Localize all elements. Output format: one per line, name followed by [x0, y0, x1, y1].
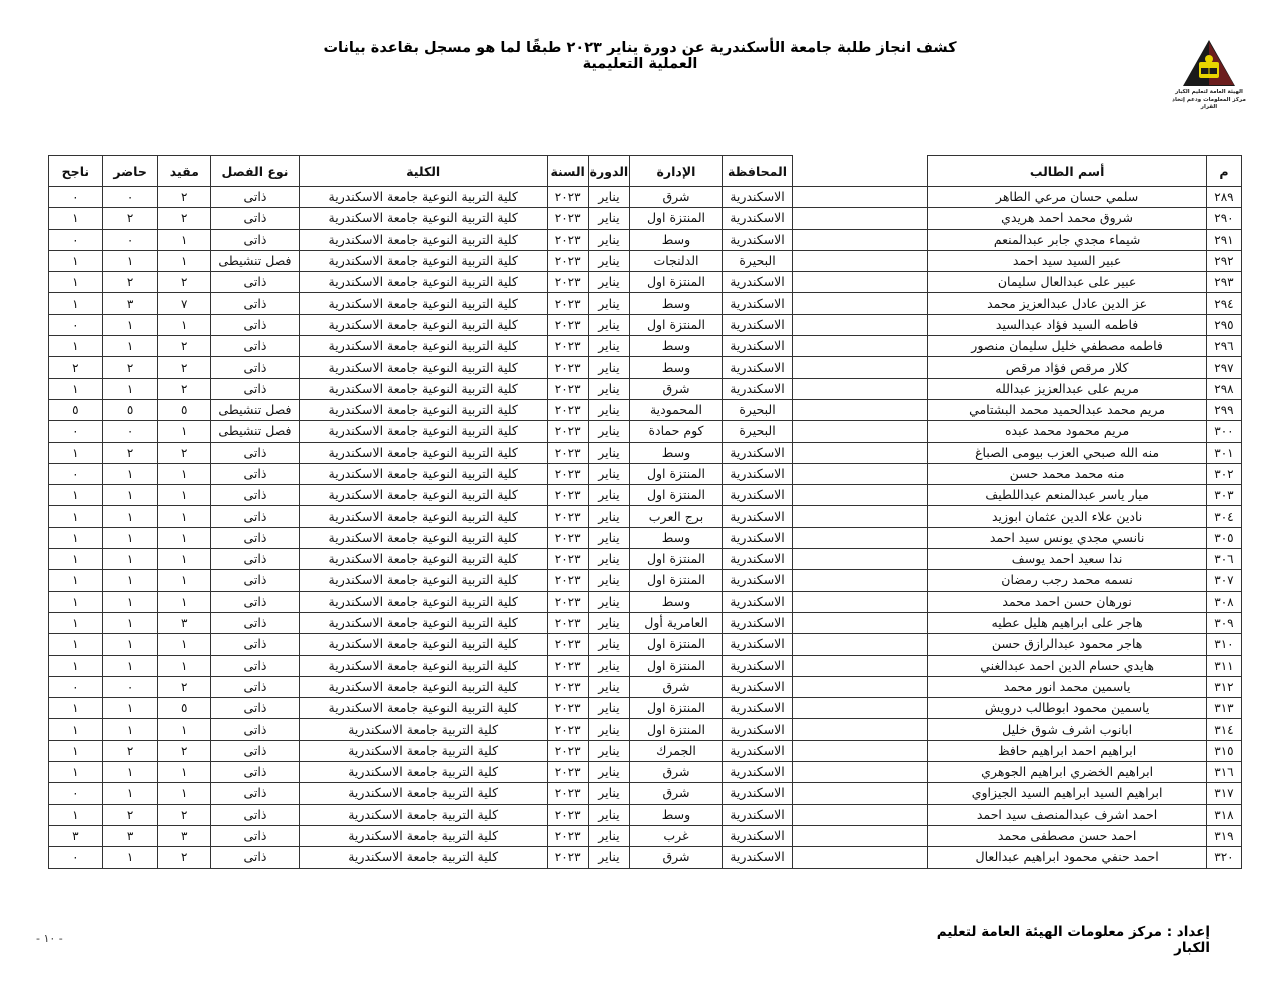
table-body: ٢٨٩سلمي حسان مرعي الطاهرالاسكندريةشرقينا… [49, 187, 1242, 869]
cell-blank-gap [793, 549, 928, 570]
cell-year: ٢٠٢٣ [547, 421, 588, 442]
cell-registered: ٢ [158, 676, 211, 697]
cell-student-name: عبير السيد سيد احمد [928, 250, 1207, 271]
cell-registered: ٢ [158, 378, 211, 399]
header-blank-gap [793, 156, 928, 187]
cell-registered: ١ [158, 250, 211, 271]
cell-blank-gap [793, 698, 928, 719]
cell-year: ٢٠٢٣ [547, 463, 588, 484]
cell-administration: المنتزة اول [630, 208, 723, 229]
cell-present: ٢ [102, 357, 158, 378]
cell-governorate: الاسكندرية [722, 612, 792, 633]
cell-year: ٢٠٢٣ [547, 549, 588, 570]
cell-class-type: ذاتى [211, 336, 300, 357]
cell-present: ٠ [102, 229, 158, 250]
cell-registered: ١ [158, 719, 211, 740]
cell-serial: ٢٩٦ [1206, 336, 1241, 357]
cell-administration: المنتزة اول [630, 719, 723, 740]
cell-registered: ٢ [158, 208, 211, 229]
cell-registered: ١ [158, 570, 211, 591]
cell-governorate: الاسكندرية [722, 293, 792, 314]
cell-college: كلية التربية النوعية جامعة الاسكندرية [299, 698, 547, 719]
cell-present: ١ [102, 549, 158, 570]
cell-session: يناير [588, 208, 629, 229]
cell-class-type: ذاتى [211, 229, 300, 250]
table-row: ٢٩٢عبير السيد سيد احمدالبحيرةالدلنجاتينا… [49, 250, 1242, 271]
cell-blank-gap [793, 463, 928, 484]
header-session: الدورة [588, 156, 629, 187]
cell-present: ٢ [102, 272, 158, 293]
cell-governorate: الاسكندرية [722, 740, 792, 761]
table-row: ٣٢٠احمد حنفي محمود ابراهيم عبدالعالالاسك… [49, 847, 1242, 868]
cell-session: يناير [588, 421, 629, 442]
cell-student-name: نورهان حسن احمد محمد [928, 591, 1207, 612]
cell-class-type: ذاتى [211, 804, 300, 825]
cell-passed: ١ [49, 208, 103, 229]
cell-college: كلية التربية النوعية جامعة الاسكندرية [299, 208, 547, 229]
cell-college: كلية التربية النوعية جامعة الاسكندرية [299, 399, 547, 420]
cell-student-name: شروق محمد احمد هريدي [928, 208, 1207, 229]
cell-registered: ٢ [158, 442, 211, 463]
header-serial: م [1206, 156, 1241, 187]
cell-present: ٢ [102, 740, 158, 761]
cell-year: ٢٠٢٣ [547, 698, 588, 719]
cell-class-type: ذاتى [211, 442, 300, 463]
cell-year: ٢٠٢٣ [547, 634, 588, 655]
cell-year: ٢٠٢٣ [547, 357, 588, 378]
cell-registered: ٣ [158, 825, 211, 846]
cell-class-type: ذاتى [211, 698, 300, 719]
cell-present: ١ [102, 655, 158, 676]
cell-passed: ١ [49, 250, 103, 271]
cell-blank-gap [793, 527, 928, 548]
cell-student-name: نانسي مجدي يونس سيد احمد [928, 527, 1207, 548]
table-header-row: م أسم الطالب المحافظة الإدارة الدورة الس… [49, 156, 1242, 187]
cell-session: يناير [588, 357, 629, 378]
cell-college: كلية التربية النوعية جامعة الاسكندرية [299, 634, 547, 655]
cell-registered: ١ [158, 421, 211, 442]
cell-governorate: الاسكندرية [722, 336, 792, 357]
cell-year: ٢٠٢٣ [547, 655, 588, 676]
cell-college: كلية التربية جامعة الاسكندرية [299, 847, 547, 868]
cell-passed: ١ [49, 740, 103, 761]
cell-registered: ١ [158, 549, 211, 570]
cell-present: ١ [102, 336, 158, 357]
cell-governorate: الاسكندرية [722, 208, 792, 229]
cell-year: ٢٠٢٣ [547, 485, 588, 506]
cell-serial: ٣٠٩ [1206, 612, 1241, 633]
cell-class-type: ذاتى [211, 719, 300, 740]
cell-session: يناير [588, 463, 629, 484]
cell-present: ١ [102, 634, 158, 655]
table-row: ٣٠٢منه محمد محمد حسنالاسكندريةالمنتزة او… [49, 463, 1242, 484]
document-title: كشف انجاز طلبة جامعة الأسكندرية عن دورة … [320, 40, 960, 72]
cell-administration: كوم حمادة [630, 421, 723, 442]
cell-year: ٢٠٢٣ [547, 208, 588, 229]
cell-present: ١ [102, 591, 158, 612]
table-row: ٢٩١شيماء مجدي جابر عبدالمنعمالاسكندريةوس… [49, 229, 1242, 250]
cell-blank-gap [793, 250, 928, 271]
cell-session: يناير [588, 825, 629, 846]
cell-registered: ١ [158, 485, 211, 506]
cell-passed: ٣ [49, 825, 103, 846]
cell-class-type: ذاتى [211, 740, 300, 761]
cell-college: كلية التربية النوعية جامعة الاسكندرية [299, 549, 547, 570]
cell-passed: ١ [49, 634, 103, 655]
cell-year: ٢٠٢٣ [547, 612, 588, 633]
cell-blank-gap [793, 336, 928, 357]
cell-session: يناير [588, 314, 629, 335]
cell-administration: المنتزة اول [630, 570, 723, 591]
cell-registered: ٧ [158, 293, 211, 314]
logo-caption-line2: مركز المعلومات ودعم إتخاذ القرار [1166, 97, 1252, 111]
cell-student-name: ندا سعيد احمد يوسف [928, 549, 1207, 570]
cell-present: ٠ [102, 187, 158, 208]
cell-present: ٢ [102, 804, 158, 825]
cell-blank-gap [793, 570, 928, 591]
cell-registered: ٢ [158, 336, 211, 357]
table-row: ٣١٧ابراهيم السيد ابراهيم السيد الجيزاويا… [49, 783, 1242, 804]
cell-session: يناير [588, 698, 629, 719]
cell-governorate: الاسكندرية [722, 314, 792, 335]
cell-administration: المنتزة اول [630, 634, 723, 655]
cell-serial: ٢٩٢ [1206, 250, 1241, 271]
cell-year: ٢٠٢٣ [547, 847, 588, 868]
cell-governorate: الاسكندرية [722, 357, 792, 378]
cell-registered: ٢ [158, 740, 211, 761]
table-row: ٣٠٤نادين علاء الدين عثمان ابوزيدالاسكندر… [49, 506, 1242, 527]
cell-registered: ١ [158, 229, 211, 250]
cell-class-type: ذاتى [211, 187, 300, 208]
cell-session: يناير [588, 549, 629, 570]
cell-class-type: ذاتى [211, 676, 300, 697]
cell-serial: ٢٨٩ [1206, 187, 1241, 208]
cell-serial: ٢٩٨ [1206, 378, 1241, 399]
table-row: ٣١٥ابراهيم احمد ابراهيم حافظالاسكندريةال… [49, 740, 1242, 761]
cell-serial: ٣٠٨ [1206, 591, 1241, 612]
cell-student-name: هايدي حسام الدين احمد عبدالغني [928, 655, 1207, 676]
cell-serial: ٣١٧ [1206, 783, 1241, 804]
cell-college: كلية التربية جامعة الاسكندرية [299, 740, 547, 761]
cell-student-name: عبير على عبدالعال سليمان [928, 272, 1207, 293]
cell-year: ٢٠٢٣ [547, 591, 588, 612]
cell-college: كلية التربية النوعية جامعة الاسكندرية [299, 272, 547, 293]
cell-administration: المنتزة اول [630, 655, 723, 676]
cell-administration: المحمودية [630, 399, 723, 420]
cell-administration: شرق [630, 378, 723, 399]
cell-session: يناير [588, 591, 629, 612]
cell-passed: ٢ [49, 357, 103, 378]
cell-college: كلية التربية النوعية جامعة الاسكندرية [299, 250, 547, 271]
cell-administration: وسط [630, 357, 723, 378]
table-row: ٢٩٩مريم محمد عبدالحميد محمد البشتاميالبح… [49, 399, 1242, 420]
cell-registered: ١ [158, 591, 211, 612]
cell-year: ٢٠٢٣ [547, 442, 588, 463]
cell-passed: ٠ [49, 421, 103, 442]
organization-logo: الهيئة العامة لتعليم الكبار مركز المعلوم… [1166, 38, 1252, 110]
cell-passed: ١ [49, 442, 103, 463]
cell-passed: ٠ [49, 676, 103, 697]
cell-blank-gap [793, 634, 928, 655]
cell-class-type: فصل تنشيطى [211, 250, 300, 271]
table-row: ٣٠٥نانسي مجدي يونس سيد احمدالاسكندريةوسط… [49, 527, 1242, 548]
cell-administration: الدلنجات [630, 250, 723, 271]
cell-college: كلية التربية النوعية جامعة الاسكندرية [299, 527, 547, 548]
cell-blank-gap [793, 804, 928, 825]
cell-serial: ٣٠١ [1206, 442, 1241, 463]
cell-year: ٢٠٢٣ [547, 314, 588, 335]
table-row: ٢٩٥فاطمه السيد فؤاد عبدالسيدالاسكندريةال… [49, 314, 1242, 335]
cell-blank-gap [793, 825, 928, 846]
cell-student-name: منه الله صبحي العزب بيومى الصباغ [928, 442, 1207, 463]
cell-governorate: الاسكندرية [722, 485, 792, 506]
cell-student-name: ميار ياسر عبدالمنعم عبداللطيف [928, 485, 1207, 506]
cell-passed: ١ [49, 506, 103, 527]
cell-registered: ٢ [158, 847, 211, 868]
cell-serial: ٢٩٣ [1206, 272, 1241, 293]
table-row: ٢٩٦فاطمه مصطفي خليل سليمان منصورالاسكندر… [49, 336, 1242, 357]
cell-college: كلية التربية النوعية جامعة الاسكندرية [299, 655, 547, 676]
cell-serial: ٣٠٠ [1206, 421, 1241, 442]
cell-administration: شرق [630, 847, 723, 868]
cell-administration: شرق [630, 187, 723, 208]
table-row: ٣١٨احمد اشرف عبدالمنصف سيد احمدالاسكندري… [49, 804, 1242, 825]
cell-session: يناير [588, 187, 629, 208]
cell-student-name: نادين علاء الدين عثمان ابوزيد [928, 506, 1207, 527]
cell-college: كلية التربية النوعية جامعة الاسكندرية [299, 293, 547, 314]
cell-student-name: كلار مرقص فؤاد مرقص [928, 357, 1207, 378]
cell-passed: ١ [49, 612, 103, 633]
cell-student-name: ياسمين محمد انور محمد [928, 676, 1207, 697]
table-row: ٣٠٨نورهان حسن احمد محمدالاسكندريةوسطيناي… [49, 591, 1242, 612]
cell-session: يناير [588, 399, 629, 420]
header-student-name: أسم الطالب [928, 156, 1207, 187]
cell-registered: ٢ [158, 187, 211, 208]
cell-passed: ١ [49, 485, 103, 506]
cell-present: ٥ [102, 399, 158, 420]
cell-class-type: ذاتى [211, 272, 300, 293]
cell-college: كلية التربية النوعية جامعة الاسكندرية [299, 591, 547, 612]
cell-present: ١ [102, 250, 158, 271]
cell-session: يناير [588, 804, 629, 825]
cell-student-name: ابراهيم الخضري ابراهيم الجوهري [928, 762, 1207, 783]
cell-governorate: الاسكندرية [722, 655, 792, 676]
cell-present: ٣ [102, 293, 158, 314]
cell-passed: ١ [49, 591, 103, 612]
table-row: ٣١٦ابراهيم الخضري ابراهيم الجوهريالاسكند… [49, 762, 1242, 783]
cell-governorate: الاسكندرية [722, 229, 792, 250]
cell-session: يناير [588, 847, 629, 868]
cell-administration: وسط [630, 336, 723, 357]
cell-administration: وسط [630, 229, 723, 250]
cell-class-type: ذاتى [211, 634, 300, 655]
cell-present: ٠ [102, 421, 158, 442]
cell-present: ٠ [102, 676, 158, 697]
table-row: ٢٩٠شروق محمد احمد هريديالاسكندريةالمنتزة… [49, 208, 1242, 229]
cell-session: يناير [588, 527, 629, 548]
cell-passed: ٠ [49, 847, 103, 868]
cell-year: ٢٠٢٣ [547, 570, 588, 591]
cell-serial: ٣١١ [1206, 655, 1241, 676]
cell-passed: ٠ [49, 314, 103, 335]
cell-session: يناير [588, 783, 629, 804]
table-row: ٣١١هايدي حسام الدين احمد عبدالغنيالاسكند… [49, 655, 1242, 676]
cell-student-name: منه محمد محمد حسن [928, 463, 1207, 484]
cell-college: كلية التربية جامعة الاسكندرية [299, 804, 547, 825]
cell-passed: ١ [49, 719, 103, 740]
cell-governorate: الاسكندرية [722, 463, 792, 484]
cell-passed: ١ [49, 293, 103, 314]
table-row: ٣١٣ياسمين محمود ابوطالب درويشالاسكندريةا… [49, 698, 1242, 719]
cell-serial: ٣١٦ [1206, 762, 1241, 783]
table-row: ٣١٤ابانوب اشرف شوق خليلالاسكندريةالمنتزة… [49, 719, 1242, 740]
cell-college: كلية التربية النوعية جامعة الاسكندرية [299, 506, 547, 527]
header-college: الكلية [299, 156, 547, 187]
cell-administration: برج العرب [630, 506, 723, 527]
cell-governorate: الاسكندرية [722, 762, 792, 783]
cell-governorate: الاسكندرية [722, 549, 792, 570]
cell-present: ١ [102, 506, 158, 527]
cell-student-name: فاطمه مصطفي خليل سليمان منصور [928, 336, 1207, 357]
cell-blank-gap [793, 676, 928, 697]
header-registered: مقيد [158, 156, 211, 187]
cell-college: كلية التربية النوعية جامعة الاسكندرية [299, 421, 547, 442]
cell-class-type: ذاتى [211, 463, 300, 484]
cell-college: كلية التربية النوعية جامعة الاسكندرية [299, 676, 547, 697]
cell-year: ٢٠٢٣ [547, 527, 588, 548]
cell-registered: ١ [158, 655, 211, 676]
cell-present: ١ [102, 719, 158, 740]
cell-year: ٢٠٢٣ [547, 719, 588, 740]
cell-class-type: ذاتى [211, 208, 300, 229]
cell-administration: المنتزة اول [630, 549, 723, 570]
cell-session: يناير [588, 655, 629, 676]
cell-session: يناير [588, 442, 629, 463]
cell-passed: ١ [49, 378, 103, 399]
cell-session: يناير [588, 762, 629, 783]
cell-student-name: مريم محمد عبدالحميد محمد البشتامي [928, 399, 1207, 420]
cell-present: ١ [102, 570, 158, 591]
cell-administration: المنتزة اول [630, 314, 723, 335]
cell-present: ١ [102, 698, 158, 719]
cell-registered: ١ [158, 783, 211, 804]
cell-governorate: الاسكندرية [722, 698, 792, 719]
cell-passed: ١ [49, 549, 103, 570]
table-row: ٣٠٦ندا سعيد احمد يوسفالاسكندريةالمنتزة ا… [49, 549, 1242, 570]
cell-present: ١ [102, 612, 158, 633]
cell-serial: ٣٠٧ [1206, 570, 1241, 591]
cell-administration: وسط [630, 442, 723, 463]
cell-registered: ١ [158, 762, 211, 783]
cell-blank-gap [793, 272, 928, 293]
triangle-reading-figure-logo-icon [1181, 38, 1237, 88]
cell-student-name: هاجر محمود عبدالرازق حسن [928, 634, 1207, 655]
cell-blank-gap [793, 591, 928, 612]
cell-governorate: الاسكندرية [722, 634, 792, 655]
cell-class-type: ذاتى [211, 549, 300, 570]
cell-serial: ٢٩٧ [1206, 357, 1241, 378]
cell-present: ١ [102, 314, 158, 335]
prepared-by-footer: إعداد : مركز معلومات الهيئة العامة لتعلي… [900, 924, 1210, 956]
cell-class-type: فصل تنشيطى [211, 399, 300, 420]
cell-college: كلية التربية النوعية جامعة الاسكندرية [299, 229, 547, 250]
cell-passed: ٠ [49, 187, 103, 208]
cell-serial: ٣١٣ [1206, 698, 1241, 719]
cell-college: كلية التربية النوعية جامعة الاسكندرية [299, 612, 547, 633]
cell-class-type: فصل تنشيطى [211, 421, 300, 442]
cell-present: ١ [102, 762, 158, 783]
cell-governorate: البحيرة [722, 250, 792, 271]
table-row: ٢٩٧كلار مرقص فؤاد مرقصالاسكندريةوسطيناير… [49, 357, 1242, 378]
cell-registered: ٥ [158, 399, 211, 420]
cell-session: يناير [588, 378, 629, 399]
header-present: حاضر [102, 156, 158, 187]
cell-class-type: ذاتى [211, 293, 300, 314]
cell-college: كلية التربية النوعية جامعة الاسكندرية [299, 570, 547, 591]
table-row: ٢٩٤عز الدين عادل عبدالعزيز محمدالاسكندري… [49, 293, 1242, 314]
cell-serial: ٣٠٦ [1206, 549, 1241, 570]
cell-registered: ٢ [158, 804, 211, 825]
cell-administration: غرب [630, 825, 723, 846]
cell-present: ٢ [102, 208, 158, 229]
cell-blank-gap [793, 357, 928, 378]
table-row: ٣٠٧نسمه محمد رجب رمضانالاسكندريةالمنتزة … [49, 570, 1242, 591]
cell-college: كلية التربية النوعية جامعة الاسكندرية [299, 357, 547, 378]
cell-present: ١ [102, 847, 158, 868]
cell-class-type: ذاتى [211, 825, 300, 846]
cell-college: كلية التربية جامعة الاسكندرية [299, 719, 547, 740]
cell-class-type: ذاتى [211, 527, 300, 548]
cell-student-name: شيماء مجدي جابر عبدالمنعم [928, 229, 1207, 250]
cell-class-type: ذاتى [211, 314, 300, 335]
cell-present: ١ [102, 527, 158, 548]
cell-passed: ١ [49, 655, 103, 676]
cell-blank-gap [793, 612, 928, 633]
header-class-type: نوع الفصل [211, 156, 300, 187]
cell-governorate: الاسكندرية [722, 804, 792, 825]
logo-caption-line1: الهيئة العامة لتعليم الكبار [1166, 89, 1252, 96]
header-year: السنة [547, 156, 588, 187]
cell-student-name: ابراهيم احمد ابراهيم حافظ [928, 740, 1207, 761]
cell-student-name: احمد اشرف عبدالمنصف سيد احمد [928, 804, 1207, 825]
cell-class-type: ذاتى [211, 783, 300, 804]
cell-session: يناير [588, 229, 629, 250]
cell-class-type: ذاتى [211, 655, 300, 676]
cell-passed: ١ [49, 336, 103, 357]
cell-governorate: الاسكندرية [722, 527, 792, 548]
cell-year: ٢٠٢٣ [547, 804, 588, 825]
cell-session: يناير [588, 250, 629, 271]
cell-administration: شرق [630, 762, 723, 783]
cell-blank-gap [793, 229, 928, 250]
cell-present: ١ [102, 463, 158, 484]
cell-administration: المنتزة اول [630, 485, 723, 506]
cell-class-type: ذاتى [211, 762, 300, 783]
cell-serial: ٣٢٠ [1206, 847, 1241, 868]
cell-serial: ٣١٩ [1206, 825, 1241, 846]
cell-student-name: مريم على عبدالعزيز عبدالله [928, 378, 1207, 399]
cell-registered: ١ [158, 634, 211, 655]
page-number: - ١٠ - [36, 932, 63, 945]
cell-administration: شرق [630, 676, 723, 697]
table-row: ٢٨٩سلمي حسان مرعي الطاهرالاسكندريةشرقينا… [49, 187, 1242, 208]
cell-student-name: نسمه محمد رجب رمضان [928, 570, 1207, 591]
cell-year: ٢٠٢٣ [547, 187, 588, 208]
cell-class-type: ذاتى [211, 378, 300, 399]
cell-passed: ٠ [49, 463, 103, 484]
cell-blank-gap [793, 314, 928, 335]
table-row: ٣٠٩هاجر على ابراهيم هليل عطيهالاسكندريةا… [49, 612, 1242, 633]
